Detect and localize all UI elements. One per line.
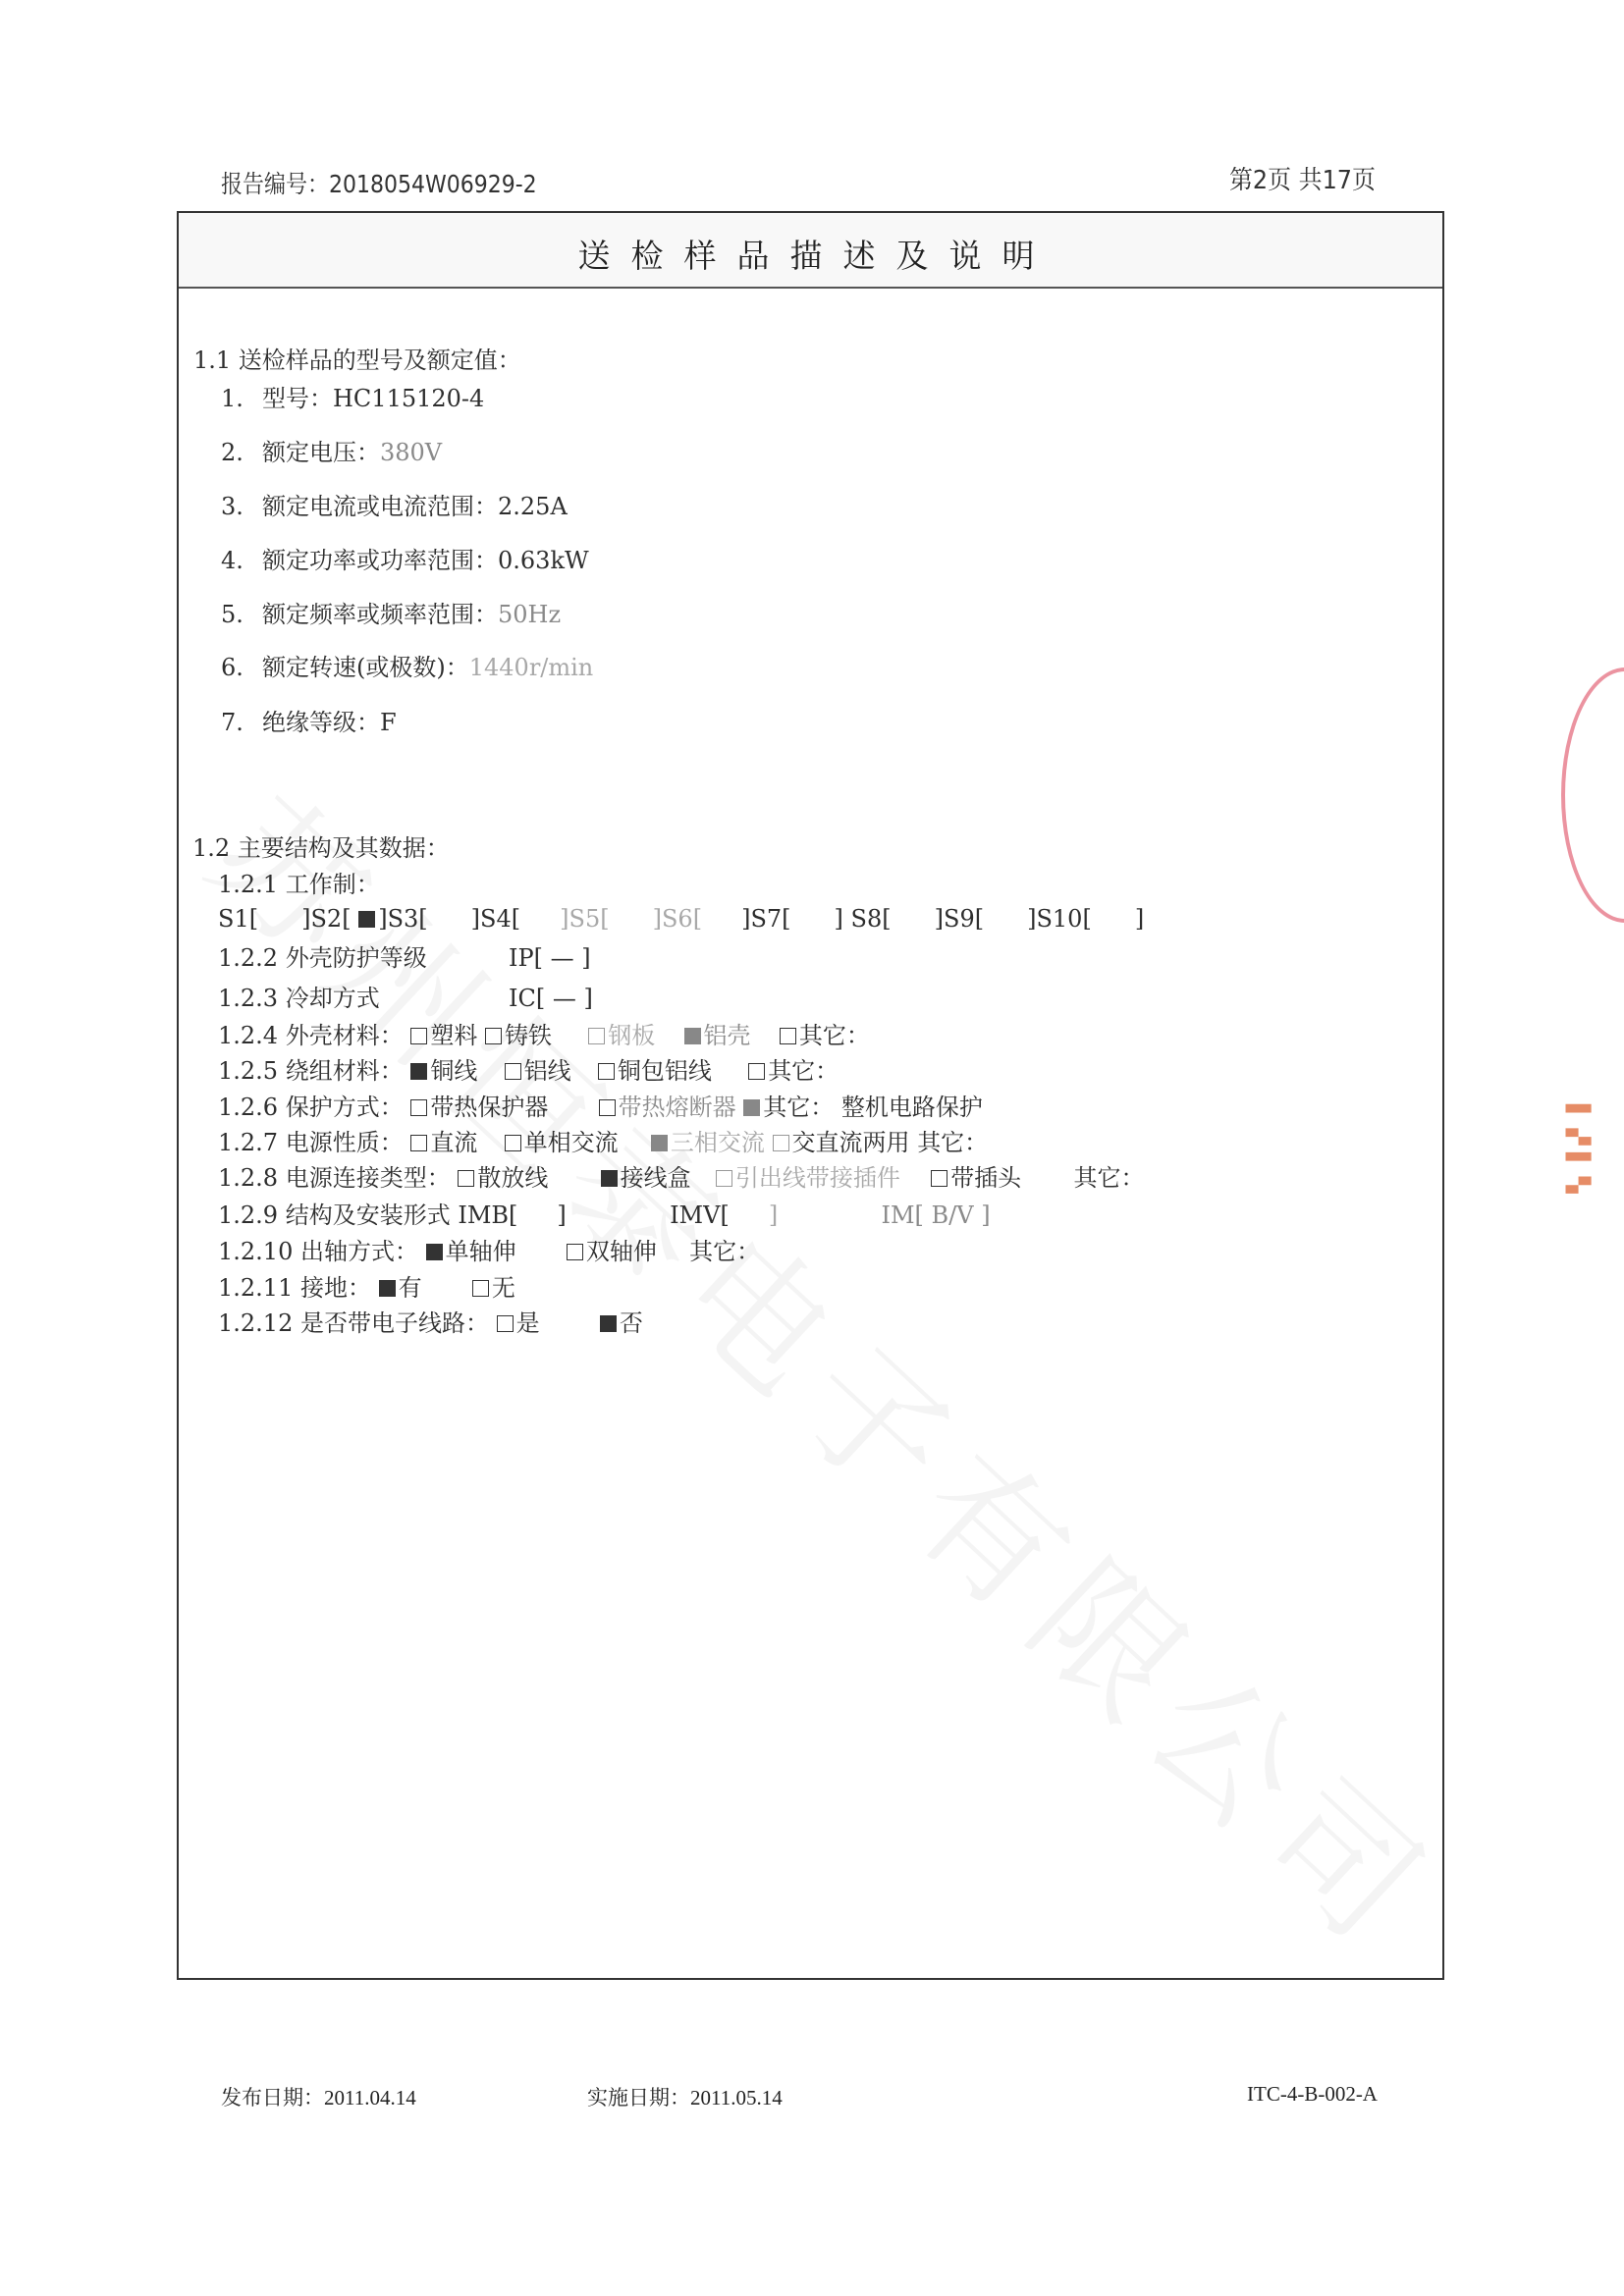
duty-s1[interactable]: S1[] [218, 905, 310, 933]
rating-item-current: 3.额定电流或电流范围：2.25A [221, 492, 568, 521]
rating-item-voltage: 2.额定电压：380V [221, 438, 442, 467]
duty-s7[interactable]: ]S7[] [741, 905, 850, 933]
option-with-plug[interactable]: 带插头 [931, 1164, 1021, 1192]
housing-material-row: 1.2.4 外壳材料： 塑料 铸铁 钢板 铝壳 其它： [218, 1021, 870, 1050]
checked-box-icon [358, 911, 375, 928]
shaft-other-label: 其它： [689, 1238, 760, 1265]
rating-item-power: 4.额定功率或功率范围：0.63kW [221, 546, 589, 575]
checked-box-icon [601, 1170, 618, 1187]
option-plastic[interactable]: 塑料 [410, 1022, 477, 1049]
option-single-phase-ac[interactable]: 单相交流 [505, 1129, 619, 1156]
checkbox-icon [505, 1063, 521, 1080]
rating-item-model: 1.型号：HC115120-4 [221, 384, 484, 413]
option-ac-dc[interactable]: 交直流两用 [773, 1129, 910, 1156]
option-single-shaft[interactable]: 单轴伸 [426, 1238, 516, 1265]
option-loose-leads[interactable]: 散放线 [458, 1164, 548, 1192]
checkbox-icon [748, 1063, 765, 1080]
checkbox-icon [485, 1028, 502, 1044]
duty-s3[interactable]: S3[] [388, 905, 480, 933]
checkbox-icon [410, 1028, 427, 1044]
duty-s2[interactable]: S2[ ] [310, 905, 387, 933]
winding-material-row: 1.2.5 绕组材料： 铜线 铝线 铜包铝线 其它： [218, 1056, 839, 1086]
rating-item-frequency: 5.额定频率或频率范围：50Hz [221, 600, 561, 629]
checkbox-icon [588, 1028, 605, 1044]
connection-type-row: 1.2.8 电源连接类型： 散放线 接线盒 引出线带接插件 带插头 其它： [218, 1163, 1144, 1193]
report-number: 报告编号：2018054W06929-2 [221, 165, 537, 200]
checked-box-icon [684, 1028, 701, 1044]
checkbox-icon [410, 1099, 427, 1116]
checkbox-icon [458, 1170, 474, 1187]
option-aluminum-wire[interactable]: 铝线 [505, 1057, 571, 1085]
rating-label: 型号： [262, 385, 333, 412]
section-1-2-heading: 1.2 主要结构及其数据： [192, 833, 450, 863]
rating-label: 额定电流或电流范围： [262, 493, 498, 520]
report-number-label: 报告编号： [221, 170, 329, 198]
checkbox-icon [497, 1315, 514, 1332]
option-steel-plate[interactable]: 钢板 [588, 1022, 655, 1049]
seam-stamp-fragment: ▌ ▞ ▌ ▚ [1576, 1104, 1590, 1360]
option-winding-other[interactable]: 其它： [748, 1057, 839, 1085]
duty-s8[interactable]: S8[] [851, 905, 944, 933]
checkbox-icon [410, 1135, 427, 1151]
ip-value: IP[ — ] [509, 943, 591, 973]
report-number-value: 2018054W06929-2 [329, 170, 537, 198]
option-grounding-yes[interactable]: 有 [379, 1274, 422, 1302]
checkbox-icon [472, 1280, 489, 1297]
rating-value: 0.63kW [498, 547, 589, 574]
duty-s5[interactable]: S5[] [569, 905, 662, 933]
connection-other-label: 其它： [1073, 1164, 1144, 1192]
checked-box-icon [379, 1280, 396, 1297]
ic-label: 1.2.3 冷却方式 [218, 985, 380, 1012]
section-1-1-heading: 1.1 送检样品的型号及额定值： [193, 346, 521, 375]
rating-label: 绝缘等级： [262, 709, 380, 736]
checkbox-icon [773, 1135, 789, 1151]
checked-box-icon [651, 1135, 668, 1151]
page-title: 送检样品描述及说明 [179, 231, 1442, 277]
option-electronics-no[interactable]: 否 [600, 1309, 643, 1337]
ic-value: IC[ — ] [509, 984, 593, 1013]
option-thermal-protector[interactable]: 带热保护器 [410, 1094, 548, 1121]
rating-value: 1440r/min [469, 654, 594, 681]
option-three-phase-ac[interactable]: 三相交流 [651, 1129, 765, 1156]
power-other-label: 其它： [917, 1129, 988, 1156]
rating-label: 额定频率或频率范围： [262, 601, 498, 628]
effective-date: 实施日期：2011.05.14 [587, 2082, 783, 2111]
option-electronics-yes[interactable]: 是 [497, 1309, 540, 1337]
option-grounding-no[interactable]: 无 [472, 1274, 515, 1302]
option-aluminum-shell[interactable]: 铝壳 [684, 1022, 751, 1049]
checkbox-icon [567, 1244, 583, 1260]
shaft-row: 1.2.10 出轴方式： 单轴伸 双轴伸 其它： [218, 1237, 760, 1266]
checkbox-icon [780, 1028, 796, 1044]
option-leads-with-connector[interactable]: 引出线带接插件 [716, 1164, 900, 1192]
checked-box-icon [410, 1063, 427, 1080]
duty-options-row: S1[]S2[ ]S3[]S4[]S5[]S6[]S7[] S8[]S9[]S1… [218, 904, 1144, 934]
protection-row: 1.2.6 保护方式： 带热保护器 带热熔断器 其它： 整机电路保护 [218, 1093, 983, 1122]
rating-label: 额定功率或功率范围： [262, 547, 498, 574]
rating-item-speed: 6.额定转速(或极数)：1440r/min [221, 653, 593, 682]
ip-label: 1.2.2 外壳防护等级 [218, 944, 427, 972]
checkbox-icon [598, 1063, 615, 1080]
option-cca-wire[interactable]: 铜包铝线 [598, 1057, 712, 1085]
checked-box-icon [743, 1099, 760, 1116]
rating-label: 额定转速(或极数)： [262, 654, 469, 681]
cooling-row: 1.2.3 冷却方式 IC[ — ] [218, 984, 380, 1013]
checkbox-icon [716, 1170, 732, 1187]
mounting-imb[interactable]: IMB[] [458, 1201, 566, 1229]
mounting-row: 1.2.9 结构及安装形式 IMB[] IMV[] IM[ B/V ] [218, 1201, 991, 1230]
protection-other-value: 整机电路保护 [841, 1094, 983, 1121]
checkbox-icon [931, 1170, 947, 1187]
grounding-row: 1.2.11 接地： 有 无 [218, 1273, 515, 1303]
checkbox-icon [505, 1135, 521, 1151]
option-copper-wire[interactable]: 铜线 [410, 1057, 477, 1085]
rating-value: 380V [380, 439, 442, 466]
mounting-imv[interactable]: IMV[] [670, 1201, 778, 1229]
duty-s9[interactable]: S9[] [944, 905, 1036, 933]
duty-label: 1.2.1 工作制： [218, 870, 380, 899]
rating-item-insulation: 7.绝缘等级：F [221, 708, 397, 737]
duty-s10[interactable]: S10[] [1036, 905, 1144, 933]
rating-value: HC115120-4 [333, 385, 484, 412]
duty-s4[interactable]: S4[] [480, 905, 568, 933]
rating-value: F [380, 709, 397, 736]
option-housing-other[interactable]: 其它： [780, 1022, 870, 1049]
page-info: 第2页 共17页 [1229, 160, 1376, 196]
form-code: ITC-4-B-002-A [1247, 2082, 1378, 2107]
electronics-row: 1.2.12 是否带电子线路： 是 否 [218, 1308, 643, 1338]
option-protection-other[interactable]: 其它： [743, 1094, 834, 1121]
duty-s6[interactable]: S6[ [662, 905, 741, 933]
frame-title-bar: 送检样品描述及说明 [179, 213, 1442, 289]
company-seal-stamp: 有限公司 [1561, 667, 1624, 923]
rating-value: 50Hz [498, 601, 561, 628]
option-thermal-fuse[interactable]: 带热熔断器 [599, 1094, 736, 1121]
checked-box-icon [426, 1244, 443, 1260]
option-terminal-box[interactable]: 接线盒 [601, 1164, 691, 1192]
rating-value: 2.25A [498, 493, 568, 520]
option-cast-iron[interactable]: 铸铁 [485, 1022, 552, 1049]
rating-label: 额定电压： [262, 439, 380, 466]
mounting-im[interactable]: IM[ B/V ] [881, 1201, 990, 1229]
power-supply-row: 1.2.7 电源性质： 直流 单相交流 三相交流 交直流两用 其它： [218, 1128, 988, 1157]
ip-rating-row: 1.2.2 外壳防护等级 IP[ — ] [218, 943, 427, 973]
checked-box-icon [600, 1315, 617, 1332]
issue-date: 发布日期：2011.04.14 [221, 2082, 416, 2111]
option-dc[interactable]: 直流 [410, 1129, 477, 1156]
checkbox-icon [599, 1099, 616, 1116]
option-double-shaft[interactable]: 双轴伸 [567, 1238, 657, 1265]
